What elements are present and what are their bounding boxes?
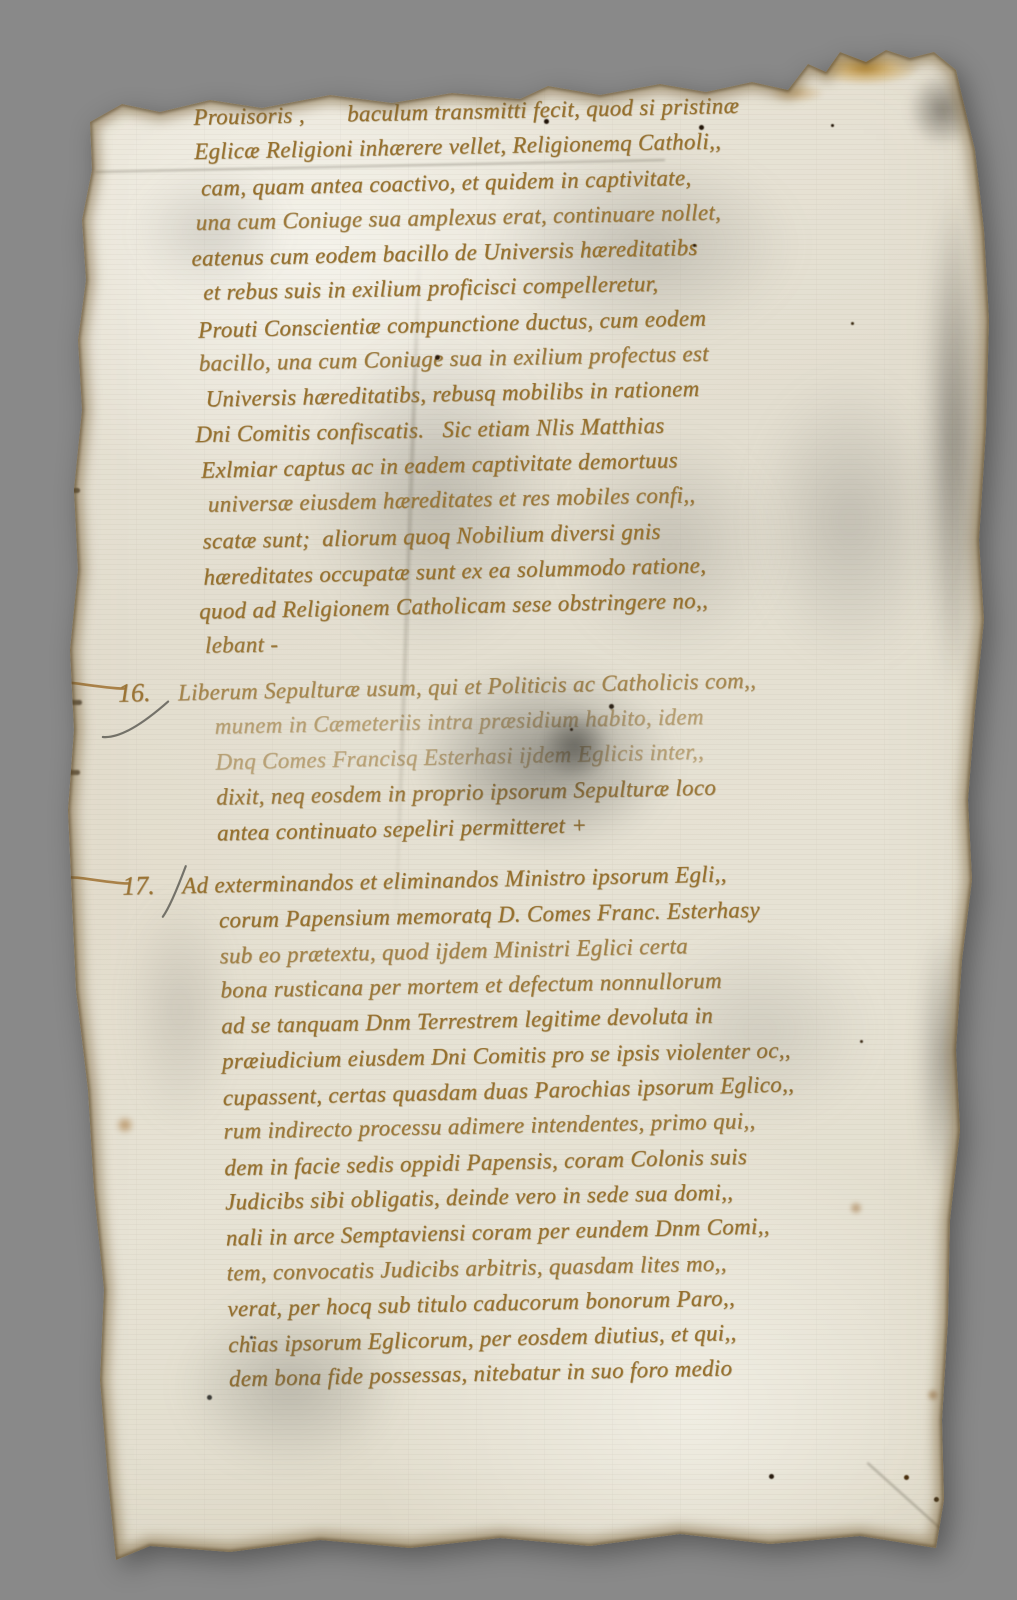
manuscript-page-wrapper: Prouisoris , baculum transmitti fecit, q…	[0, 0, 1017, 1600]
torn-edge-outline	[0, 0, 1017, 1600]
ink-speckles	[0, 0, 3, 3]
manuscript-page: Prouisoris , baculum transmitti fecit, q…	[0, 0, 1017, 1600]
